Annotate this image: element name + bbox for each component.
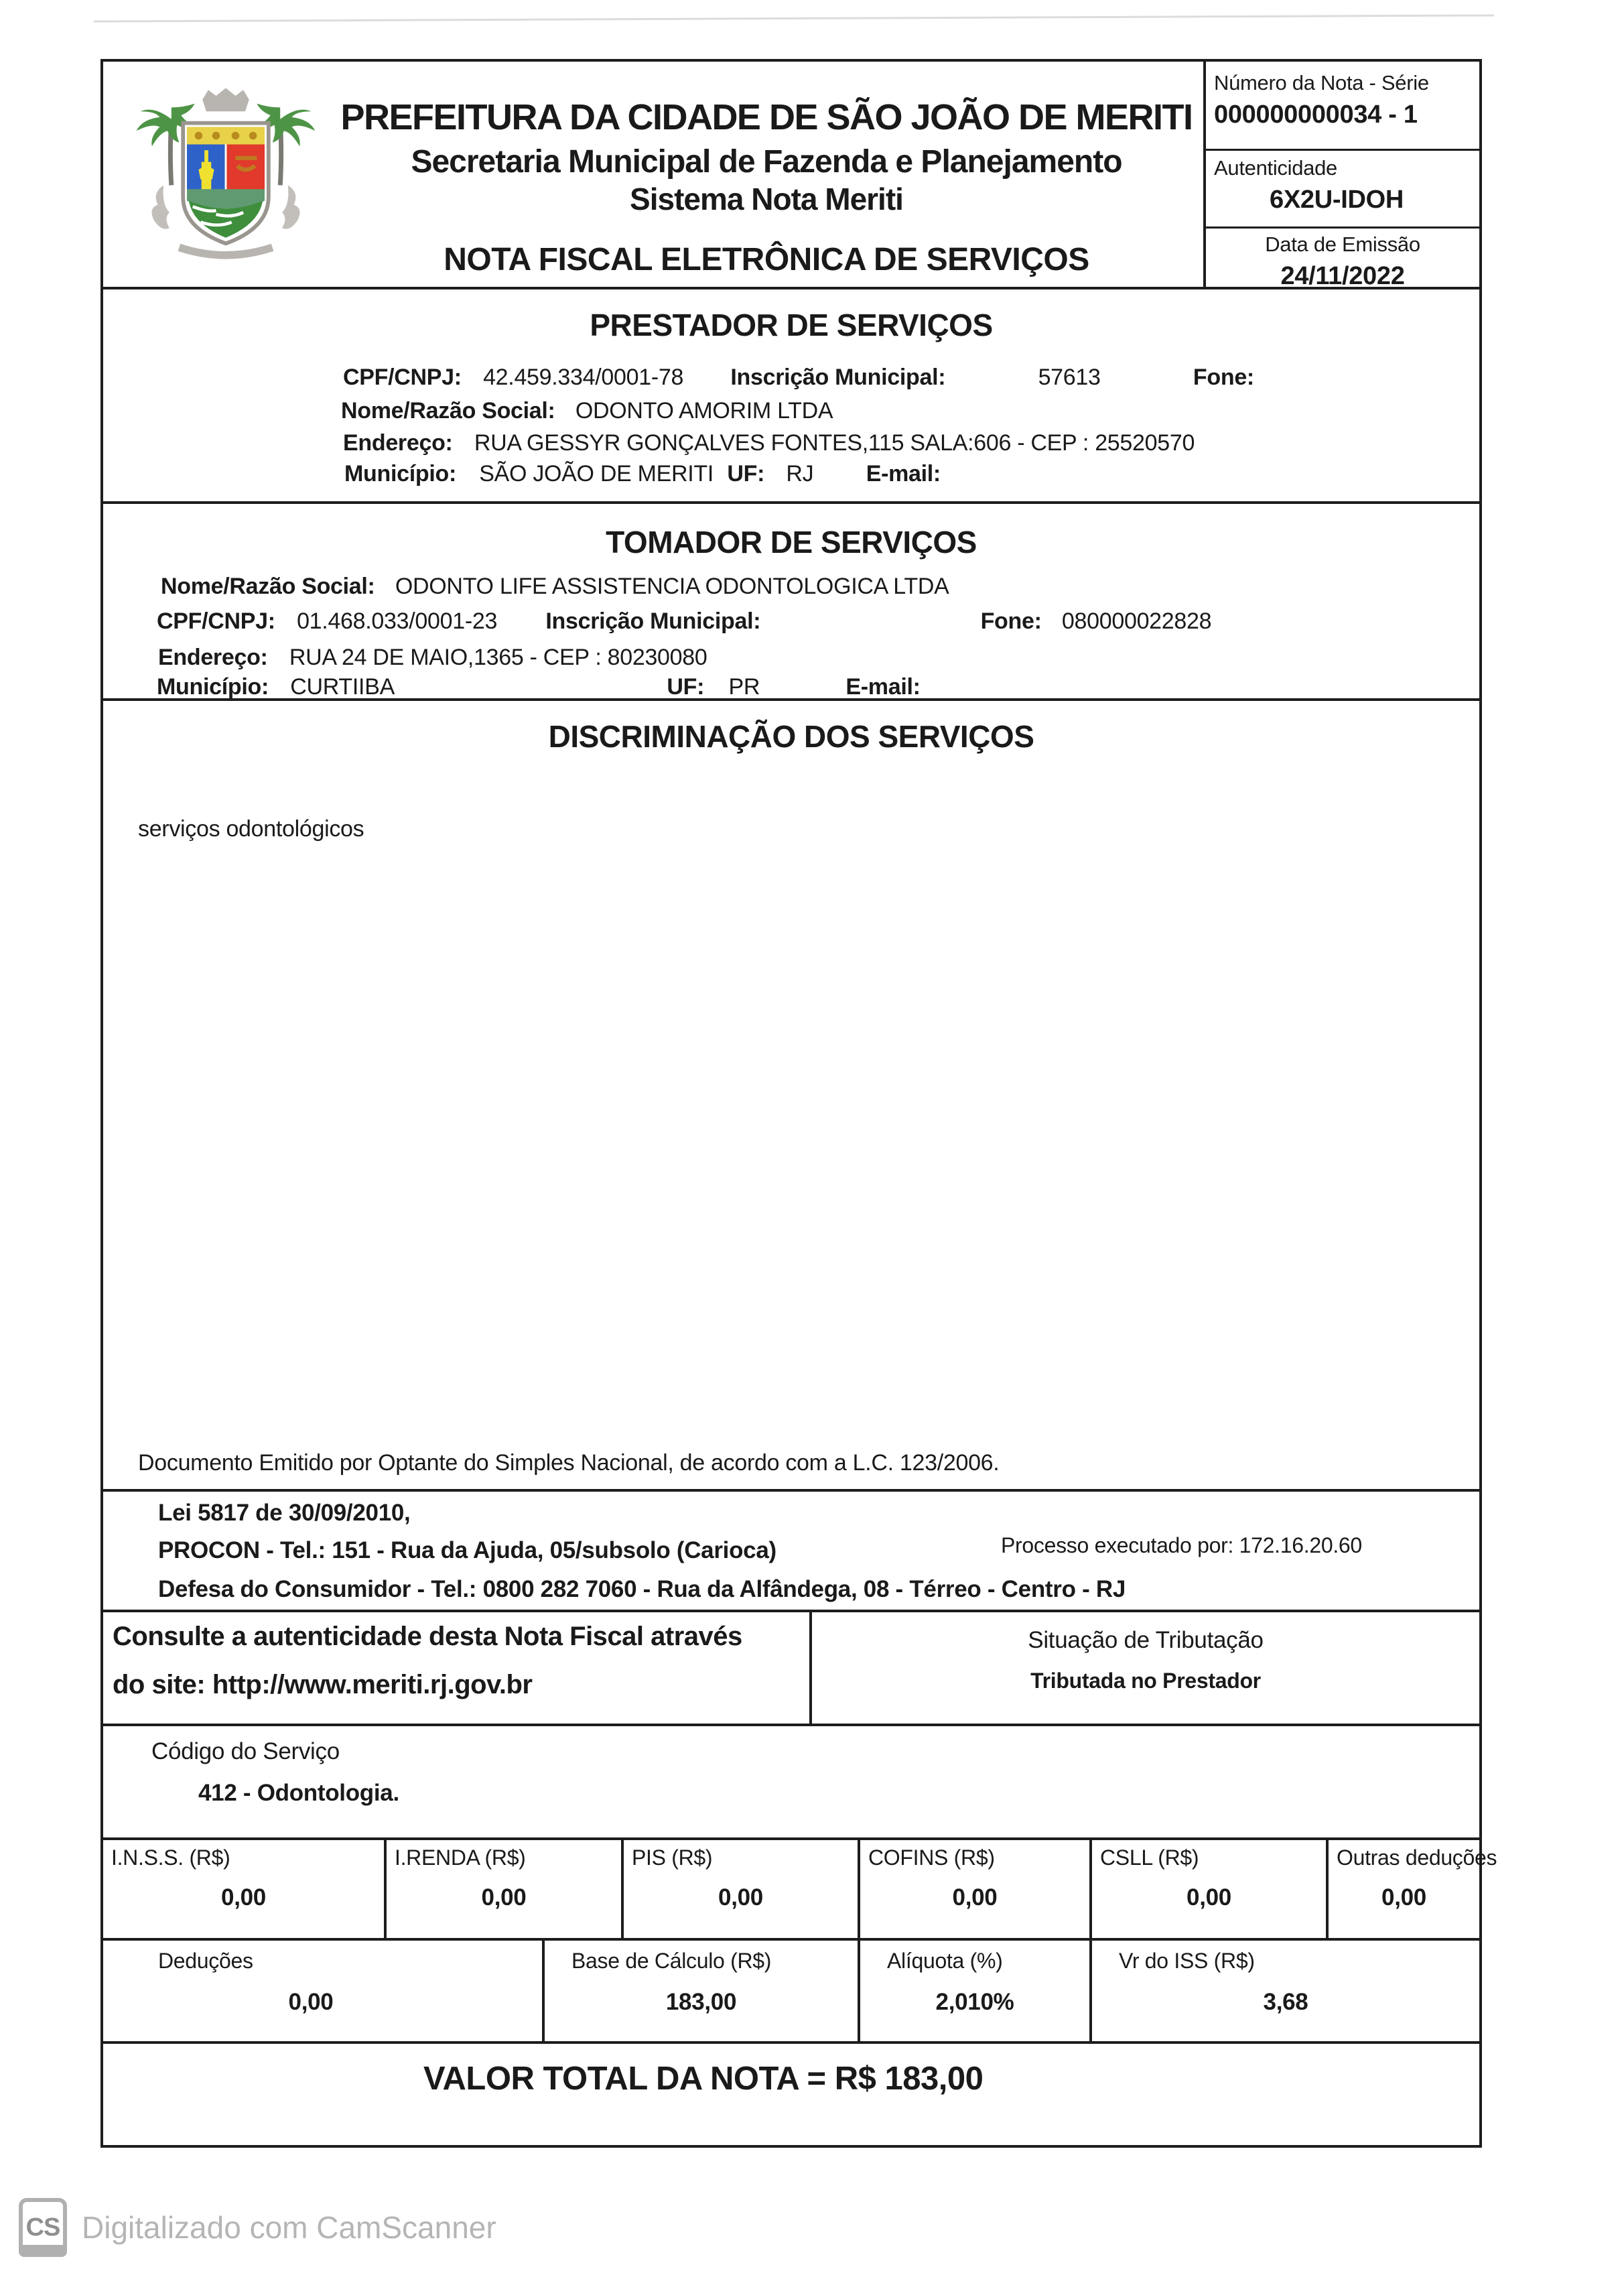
autenticidade-value: 6X2U-IDOH (1214, 186, 1479, 214)
impostos-row2: Deduções 0,00 Base de Cálculo (R$) 183,0… (103, 1938, 1479, 2041)
header-section: PREFEITURA DA CIDADE DE SÃO JOÃO DE MERI… (103, 62, 1479, 287)
tomador-nome-line: Nome/Razão Social: ODONTO LIFE ASSISTENC… (161, 574, 949, 600)
tomador-fone-label: Fone: (981, 608, 1042, 634)
tomador-uf-label: UF: (667, 674, 704, 700)
csll-label: CSLL (R$) (1100, 1845, 1199, 1870)
scanned-invoice-page: PREFEITURA DA CIDADE DE SÃO JOÃO DE MERI… (0, 0, 1624, 2269)
pis-label: PIS (R$) (632, 1845, 712, 1870)
cofins-value: 0,00 (860, 1884, 1089, 1911)
inss-label: I.N.S.S. (R$) (111, 1845, 230, 1870)
camscanner-icon: CS (19, 2198, 67, 2257)
cofins-label: COFINS (R$) (868, 1845, 995, 1870)
procon-line: PROCON - Tel.: 151 - Rua da Ajuda, 05/su… (158, 1537, 776, 1564)
prestador-uf-value: RJ (786, 461, 813, 487)
autenticidade-cell: Autenticidade 6X2U-IDOH (1206, 149, 1479, 226)
prestador-email-label: E-mail: (866, 461, 941, 487)
prestador-cpf-line: CPF/CNPJ: 42.459.334/0001-78 Inscrição M… (343, 365, 1254, 391)
consulte-line2: do site: http://www.meriti.rj.gov.br (113, 1670, 532, 1700)
prestador-nome-value: ODONTO AMORIM LTDA (576, 398, 833, 424)
discriminacao-section: DISCRIMINAÇÃO DOS SERVIÇOS serviços odon… (103, 698, 1479, 1489)
numero-nota-label: Número da Nota - Série (1214, 71, 1479, 95)
nota-fiscal-document: PREFEITURA DA CIDADE DE SÃO JOÃO DE MERI… (100, 59, 1482, 2148)
consulte-box: Consulte a autenticidade desta Nota Fisc… (103, 1612, 812, 1724)
prestador-fone-label: Fone: (1193, 365, 1254, 390)
situacao-tributacao-box: Situação de Tributação Tributada no Pres… (812, 1612, 1479, 1724)
valor-total-section: VALOR TOTAL DA NOTA = R$ 183,00 (103, 2041, 1479, 2148)
irenda-cell: I.RENDA (R$) 0,00 (384, 1840, 621, 1938)
prestador-municipio-value: SÃO JOÃO DE MERITI (479, 461, 714, 487)
base-calculo-cell: Base de Cálculo (R$) 183,00 (542, 1941, 858, 2041)
base-calculo-value: 183,00 (545, 1989, 858, 2016)
consulte-line1: Consulte a autenticidade desta Nota Fisc… (113, 1622, 742, 1652)
tomador-endereco-value: RUA 24 DE MAIO,1365 - CEP : 80230080 (289, 645, 707, 670)
valor-total-text: VALOR TOTAL DA NOTA = R$ 183,00 (423, 2060, 983, 2097)
secretaria-subtitle: Secretaria Municipal de Fazenda e Planej… (331, 143, 1202, 180)
prestador-endereco-line: Endereço: RUA GESSYR GONÇALVES FONTES,11… (343, 430, 1195, 456)
valor-iss-label: Vr do ISS (R$) (1119, 1949, 1255, 1973)
prestador-municipio-line: Município: SÃO JOÃO DE MERITI UF: RJ E-m… (344, 461, 941, 487)
tomador-municipio-line: Município: CURTIIBA UF: PR E-mail: (157, 674, 921, 700)
prestador-cpf-value: 42.459.334/0001-78 (483, 365, 683, 390)
document-type-title: NOTA FISCAL ELETRÔNICA DE SERVIÇOS (331, 241, 1202, 278)
prestador-endereco-value: RUA GESSYR GONÇALVES FONTES,115 SALA:606… (474, 430, 1195, 456)
deducoes-cell: Deduções 0,00 (103, 1941, 542, 2041)
base-calculo-label: Base de Cálculo (R$) (571, 1949, 771, 1973)
outras-deducoes-value: 0,00 (1329, 1884, 1479, 1911)
valor-iss-cell: Vr do ISS (R$) 3,68 (1089, 1941, 1479, 2041)
prefeitura-title: PREFEITURA DA CIDADE DE SÃO JOÃO DE MERI… (331, 96, 1202, 138)
codigo-servico-label: Código do Serviço (151, 1738, 340, 1765)
pis-cell: PIS (R$) 0,00 (621, 1840, 858, 1938)
discriminacao-title: DISCRIMINAÇÃO DOS SERVIÇOS (103, 718, 1479, 755)
cofins-cell: COFINS (R$) 0,00 (858, 1840, 1089, 1938)
csll-cell: CSLL (R$) 0,00 (1089, 1840, 1326, 1938)
deducoes-label: Deduções (158, 1949, 253, 1973)
prestador-municipio-label: Município: (344, 461, 456, 487)
situacao-value: Tributada no Prestador (812, 1669, 1479, 1693)
tomador-cpf-line: CPF/CNPJ: 01.468.033/0001-23 Inscrição M… (157, 608, 1211, 635)
numero-nota-value: 000000000034 - 1 (1214, 101, 1479, 129)
tomador-municipio-label: Município: (157, 674, 269, 700)
tomador-im-label: Inscrição Municipal: (545, 608, 760, 634)
impostos-row1: I.N.S.S. (R$) 0,00 I.RENDA (R$) 0,00 PIS… (103, 1837, 1479, 1938)
autenticidade-section: Consulte a autenticidade desta Nota Fisc… (103, 1610, 1479, 1724)
inss-value: 0,00 (103, 1884, 384, 1911)
codigo-servico-section: Código do Serviço 412 - Odontologia. (103, 1724, 1479, 1837)
tomador-endereco-line: Endereço: RUA 24 DE MAIO,1365 - CEP : 80… (158, 645, 707, 671)
camscanner-label: Digitalizado com CamScanner (82, 2209, 496, 2246)
situacao-label: Situação de Tributação (812, 1627, 1479, 1654)
numero-nota-cell: Número da Nota - Série 000000000034 - 1 (1206, 62, 1479, 149)
prestador-endereco-label: Endereço: (343, 430, 453, 456)
aliquota-label: Alíquota (%) (887, 1949, 1002, 1973)
city-coat-of-arms-icon (129, 76, 323, 271)
irenda-value: 0,00 (387, 1884, 621, 1911)
irenda-label: I.RENDA (R$) (395, 1845, 526, 1870)
prestador-cpf-label: CPF/CNPJ: (343, 365, 462, 390)
outras-deducoes-cell: Outras deduções 0,00 (1326, 1840, 1479, 1938)
sistema-label: Sistema Nota Meriti (331, 181, 1202, 217)
nota-info-box: Número da Nota - Série 000000000034 - 1 … (1203, 62, 1479, 287)
valor-iss-value: 3,68 (1092, 1989, 1479, 2016)
data-emissao-label: Data de Emissão (1206, 233, 1479, 257)
csll-value: 0,00 (1092, 1884, 1326, 1911)
prestador-title: PRESTADOR DE SERVIÇOS (103, 307, 1479, 343)
tomador-municipio-value: CURTIIBA (290, 674, 393, 700)
outras-deducoes-label: Outras deduções (1337, 1845, 1497, 1870)
aliquota-value: 2,010% (860, 1989, 1089, 2016)
lei-line: Lei 5817 de 30/09/2010, (158, 1500, 410, 1527)
processo-executado: Processo executado por: 172.16.20.60 (1001, 1533, 1362, 1558)
tomador-nome-label: Nome/Razão Social: (161, 574, 375, 599)
prestador-uf-label: UF: (727, 461, 764, 487)
legal-section: Lei 5817 de 30/09/2010, PROCON - Tel.: 1… (103, 1489, 1479, 1610)
prestador-nome-line: Nome/Razão Social: ODONTO AMORIM LTDA (341, 398, 833, 424)
aliquota-cell: Alíquota (%) 2,010% (858, 1941, 1089, 2041)
autenticidade-label: Autenticidade (1214, 156, 1479, 180)
inss-cell: I.N.S.S. (R$) 0,00 (103, 1840, 384, 1938)
deducoes-value: 0,00 (237, 1989, 385, 2016)
tomador-email-label: E-mail: (845, 674, 920, 700)
defesa-consumidor-line: Defesa do Consumidor - Tel.: 0800 282 70… (158, 1576, 1126, 1603)
tomador-cpf-value: 01.468.033/0001-23 (297, 608, 497, 634)
tomador-endereco-label: Endereço: (158, 645, 268, 670)
simples-nacional-note: Documento Emitido por Optante do Simples… (138, 1450, 999, 1476)
prestador-im-value: 57613 (1038, 365, 1101, 390)
scan-artifact-line (94, 14, 1494, 22)
prestador-nome-label: Nome/Razão Social: (341, 398, 555, 424)
header-left: PREFEITURA DA CIDADE DE SÃO JOÃO DE MERI… (103, 62, 1203, 287)
camscanner-footer: CS Digitalizado com CamScanner (19, 2195, 496, 2260)
tomador-uf-value: PR (728, 674, 760, 700)
tomador-nome-value: ODONTO LIFE ASSISTENCIA ODONTOLOGICA LTD… (395, 574, 949, 599)
tomador-title: TOMADOR DE SERVIÇOS (103, 524, 1479, 560)
servico-descricao: serviços odontológicos (138, 816, 364, 842)
data-emissao-cell: Data de Emissão 24/11/2022 (1206, 226, 1479, 287)
codigo-servico-value: 412 - Odontologia. (198, 1780, 399, 1807)
prestador-section: PRESTADOR DE SERVIÇOS CPF/CNPJ: 42.459.3… (103, 287, 1479, 501)
tomador-fone-value: 080000022828 (1062, 608, 1211, 634)
prestador-im-label: Inscrição Municipal: (730, 365, 945, 390)
pis-value: 0,00 (624, 1884, 858, 1911)
tomador-cpf-label: CPF/CNPJ: (157, 608, 275, 634)
tomador-section: TOMADOR DE SERVIÇOS Nome/Razão Social: O… (103, 501, 1479, 698)
